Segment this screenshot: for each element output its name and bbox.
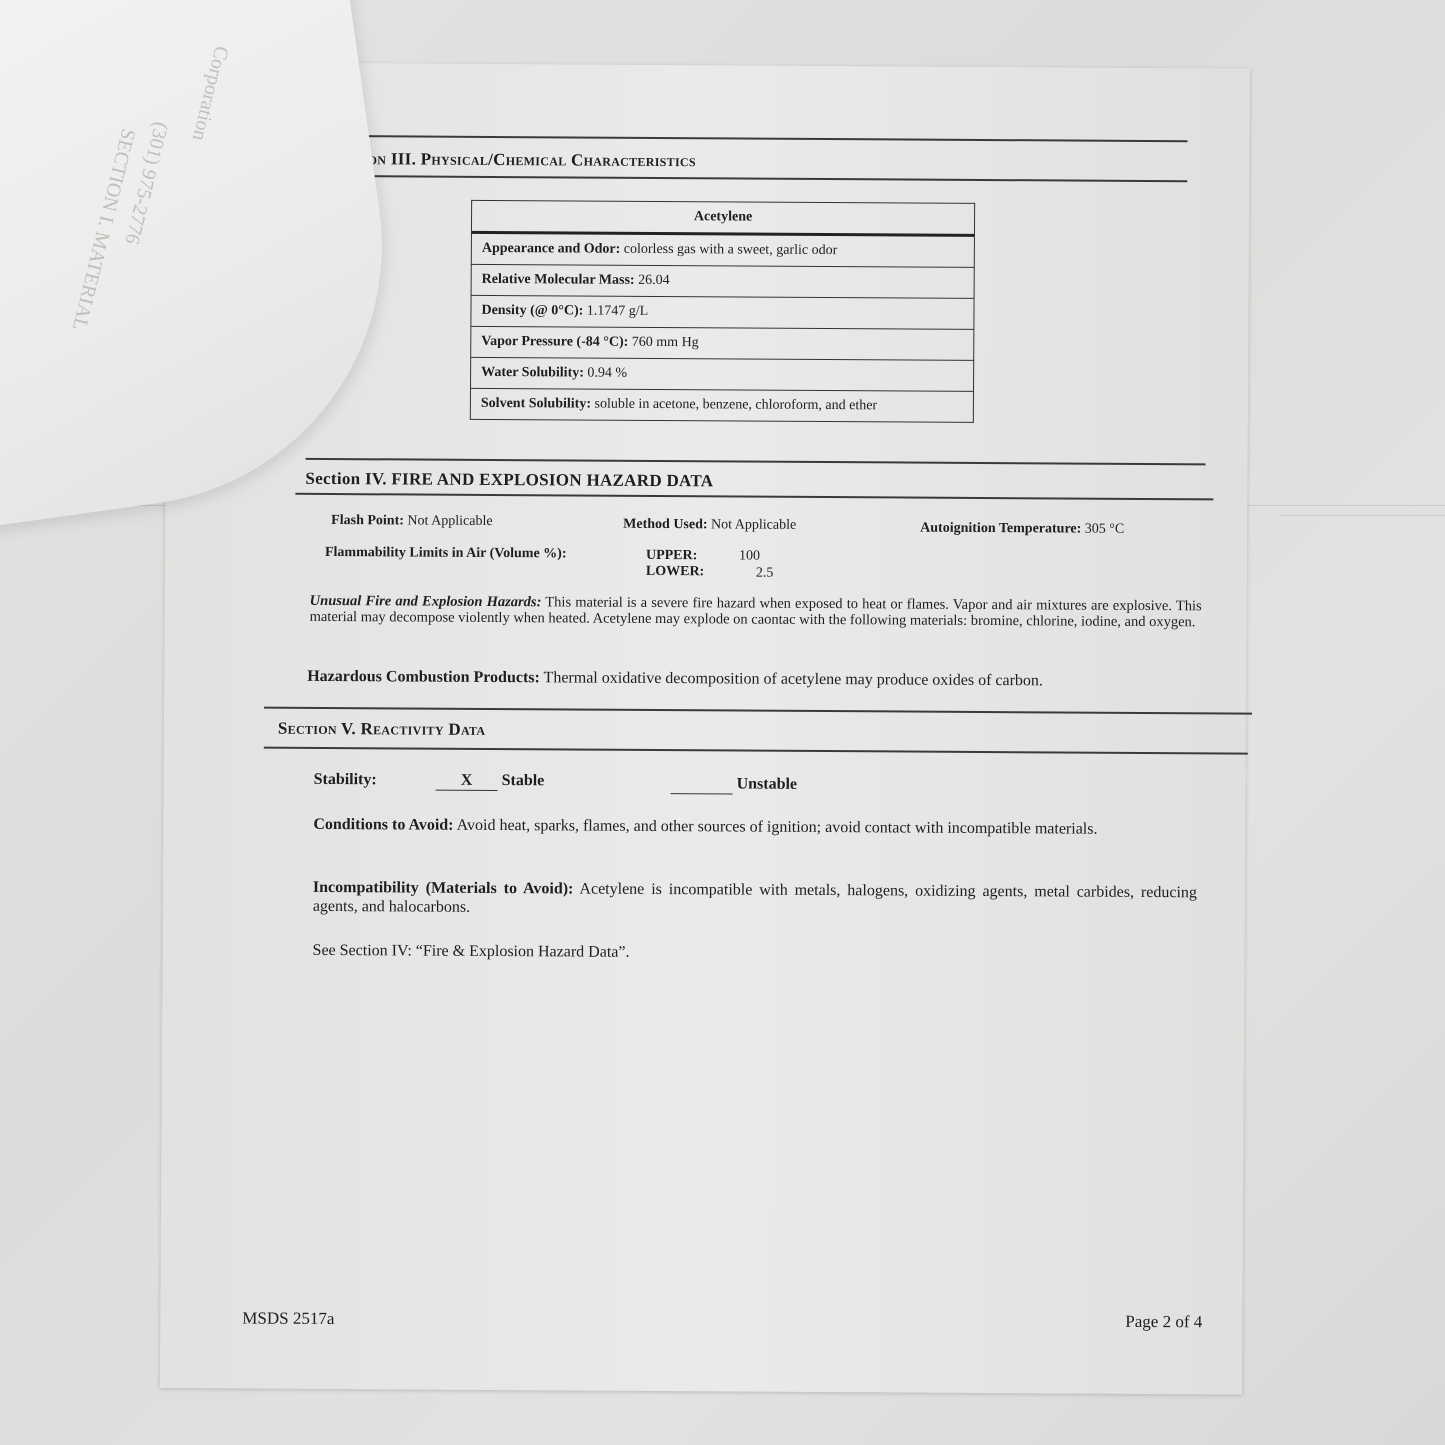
tile-seam — [1280, 515, 1445, 516]
autoignition-label: Autoignition Temperature: — [920, 521, 1081, 537]
conditions-to-avoid-paragraph: Conditions to Avoid: Avoid heat, sparks,… — [313, 815, 1197, 839]
conditions-to-avoid-text: Avoid heat, sparks, flames, and other so… — [457, 817, 1098, 838]
section-5-title: Section V. Reactivity Data — [278, 719, 486, 740]
property-value: 26.04 — [638, 273, 670, 288]
lower-label: LOWER: — [646, 564, 704, 580]
property-value: 0.94 % — [587, 366, 627, 381]
table-row: Vapor Pressure (-84 °C): 760 mm Hg — [471, 326, 974, 360]
property-value: 760 mm Hg — [632, 335, 699, 350]
stable-label: Stable — [502, 772, 545, 789]
property-label: Density (@ 0°C): — [481, 303, 583, 319]
flash-point-label: Flash Point: — [331, 513, 404, 528]
stable-checkmark: X — [436, 772, 498, 791]
property-label: Relative Molecular Mass: — [482, 272, 635, 288]
table-row: Appearance and Odor: colorless gas with … — [471, 232, 974, 267]
section-rule — [306, 458, 1206, 465]
section-rule — [315, 175, 1187, 182]
autoignition-temperature: Autoignition Temperature: 305 °C — [920, 521, 1124, 538]
property-label: Solvent Solubility: — [481, 396, 591, 412]
page-number: Page 2 of 4 — [1125, 1312, 1202, 1332]
property-value: colorless gas with a sweet, garlic odor — [624, 242, 838, 258]
method-used-value: Not Applicable — [711, 517, 796, 533]
table-row: Solvent Solubility: soluble in acetone, … — [470, 388, 973, 422]
conditions-to-avoid-label: Conditions to Avoid: — [313, 816, 453, 834]
incompatibility-label: Incompatibility (Materials to Avoid): — [313, 879, 574, 898]
section-rule — [264, 707, 1252, 715]
see-section-note: See Section IV: “Fire & Explosion Hazard… — [313, 941, 1197, 965]
table-row: Density (@ 0°C): 1.1747 g/L — [471, 295, 974, 329]
section-rule — [264, 747, 1248, 755]
property-label: Appearance and Odor: — [482, 241, 621, 257]
unstable-checkmark — [671, 775, 733, 794]
method-used-label: Method Used: — [623, 517, 707, 533]
combustion-products-text: Thermal oxidative decomposition of acety… — [544, 669, 1043, 689]
table-header: Acetylene — [471, 200, 974, 235]
flash-point-value: Not Applicable — [407, 513, 492, 529]
unstable-label: Unstable — [737, 775, 798, 792]
lower-value: 2.5 — [756, 566, 774, 582]
property-label: Water Solubility: — [481, 365, 584, 381]
section-rule — [295, 493, 1213, 501]
flammability-label: Flammability Limits in Air (Volume %): — [325, 545, 567, 562]
table-row: Relative Molecular Mass: 26.04 — [471, 264, 974, 298]
incompatibility-paragraph: Incompatibility (Materials to Avoid): Ac… — [313, 878, 1197, 921]
unstable-option: Unstable — [671, 775, 798, 795]
document-id: MSDS 2517a — [242, 1308, 334, 1329]
section-3-title: Section III. Physical/Chemical Character… — [327, 149, 696, 171]
combustion-products-label: Hazardous Combustion Products: — [307, 668, 540, 686]
flash-point: Flash Point: Not Applicable — [331, 513, 492, 530]
upper-label: UPPER: — [646, 548, 697, 564]
upper-value: 100 — [739, 548, 760, 564]
section-4-title: Section IV. FIRE AND EXPLOSION HAZARD DA… — [305, 469, 713, 491]
property-value: 1.1747 g/L — [587, 304, 649, 319]
combustion-products-paragraph: Hazardous Combustion Products: Thermal o… — [307, 667, 1207, 691]
property-label: Vapor Pressure (-84 °C): — [481, 334, 628, 350]
autoignition-value: 305 °C — [1085, 522, 1125, 537]
property-value: soluble in acetone, benzene, chloroform,… — [594, 397, 877, 414]
section-rule — [328, 135, 1188, 142]
unusual-hazards-paragraph: Unusual Fire and Explosion Hazards: This… — [310, 593, 1202, 630]
physical-properties-table: Acetylene Appearance and Odor: colorless… — [470, 200, 975, 423]
stable-option: X Stable — [436, 772, 545, 792]
stability-label: Stability: — [314, 771, 377, 789]
method-used: Method Used: Not Applicable — [623, 517, 796, 534]
unusual-hazards-label: Unusual Fire and Explosion Hazards: — [310, 593, 542, 610]
table-row: Water Solubility: 0.94 % — [471, 357, 974, 391]
